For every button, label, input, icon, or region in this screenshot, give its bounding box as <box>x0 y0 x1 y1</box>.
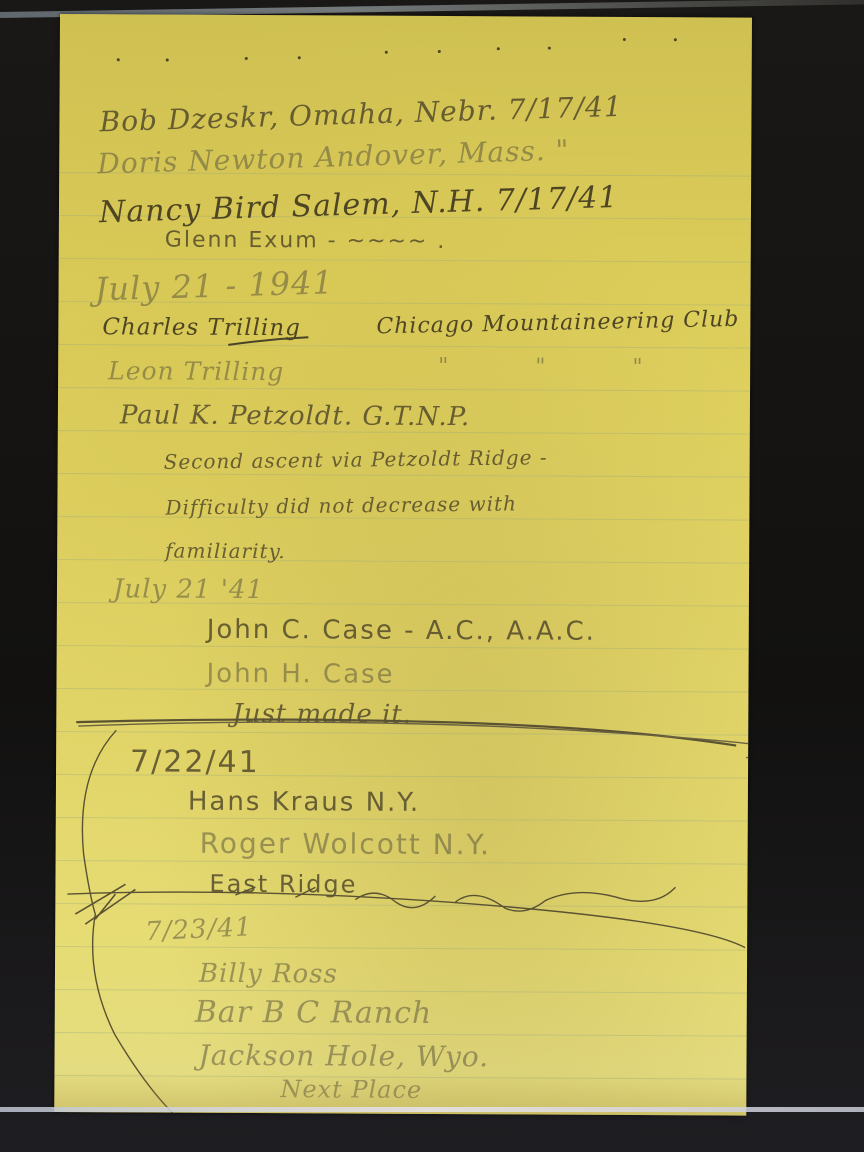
ditto-marks: " " " <box>438 354 682 380</box>
perforation-dot <box>245 57 248 60</box>
perforation-dot <box>117 58 120 61</box>
climber-name: Charles Trilling <box>102 314 301 341</box>
club-affiliation: Chicago Mountaineering Club <box>376 307 739 340</box>
entry-line: Hans Kraus N.Y. <box>188 787 420 818</box>
entry-line: Bar B C Ranch <box>195 995 433 1031</box>
entry-date: 7/22/41 <box>130 744 260 780</box>
perforation-dot <box>385 51 388 54</box>
pencil-strokes <box>54 14 752 1116</box>
perforation-dot <box>438 50 441 53</box>
entry-line: Glenn Exum - ~~~~ . <box>165 228 447 254</box>
entry-line: John H. Case <box>206 659 394 690</box>
entry-line: Billy Ross <box>199 959 338 990</box>
entry-line: East Ridge <box>209 870 357 899</box>
entry-line: Bob Dzeskr, Omaha, Nebr. 7/17/41 <box>99 90 623 139</box>
perforation-dot <box>166 59 169 62</box>
perforation-dot <box>674 38 677 41</box>
perforation-dot <box>497 47 500 50</box>
entry-line: Difficulty did not decrease with <box>165 491 517 519</box>
entry-line: Charles Trilling <box>102 314 301 341</box>
perforation-dot <box>548 47 551 50</box>
perforation-dot <box>623 38 626 41</box>
entry-line: Jackson Hole, Wyo. <box>198 1039 489 1074</box>
entry-line: Just made it. <box>232 699 412 730</box>
entry-date: July 21 - 1941 <box>94 263 334 308</box>
photo-background: Bob Dzeskr, Omaha, Nebr. 7/17/41 Doris N… <box>0 0 864 1152</box>
entry-line: Roger Wolcott N.Y. <box>200 827 491 862</box>
entry-line: John C. Case - A.C., A.A.C. <box>207 615 596 647</box>
entry-line: Paul K. Petzoldt. G.T.N.P. <box>120 400 470 432</box>
entry-line: familiarity. <box>165 539 286 564</box>
entry-line: Second ascent via Petzoldt Ridge - <box>164 445 548 474</box>
entry-date: July 21 '41 <box>113 574 264 605</box>
perforation-dot <box>298 56 301 59</box>
register-page: Bob Dzeskr, Omaha, Nebr. 7/17/41 Doris N… <box>54 14 752 1116</box>
entry-line: Leon Trilling <box>108 356 284 386</box>
entry-date: 7/23/41 <box>145 912 254 947</box>
glass-frame-edge-bottom <box>0 1107 864 1112</box>
entry-line: Nancy Bird Salem, N.H. 7/17/41 <box>99 180 619 230</box>
